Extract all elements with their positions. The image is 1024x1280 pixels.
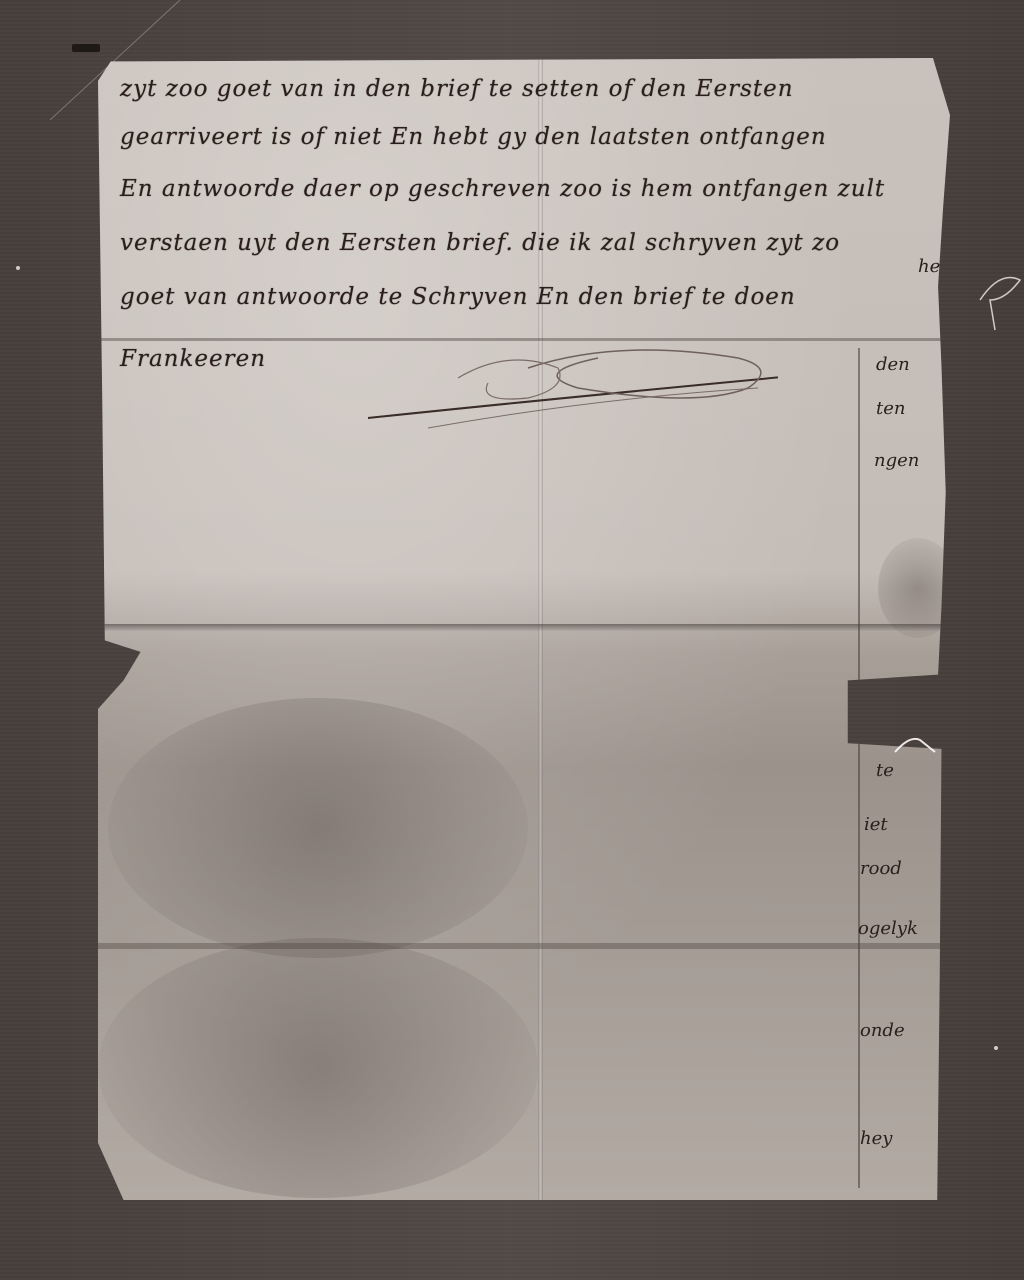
document-scan: zyt zoo goet van in den brief te setten …: [0, 0, 1024, 1280]
film-scratches: [0, 0, 1024, 1280]
